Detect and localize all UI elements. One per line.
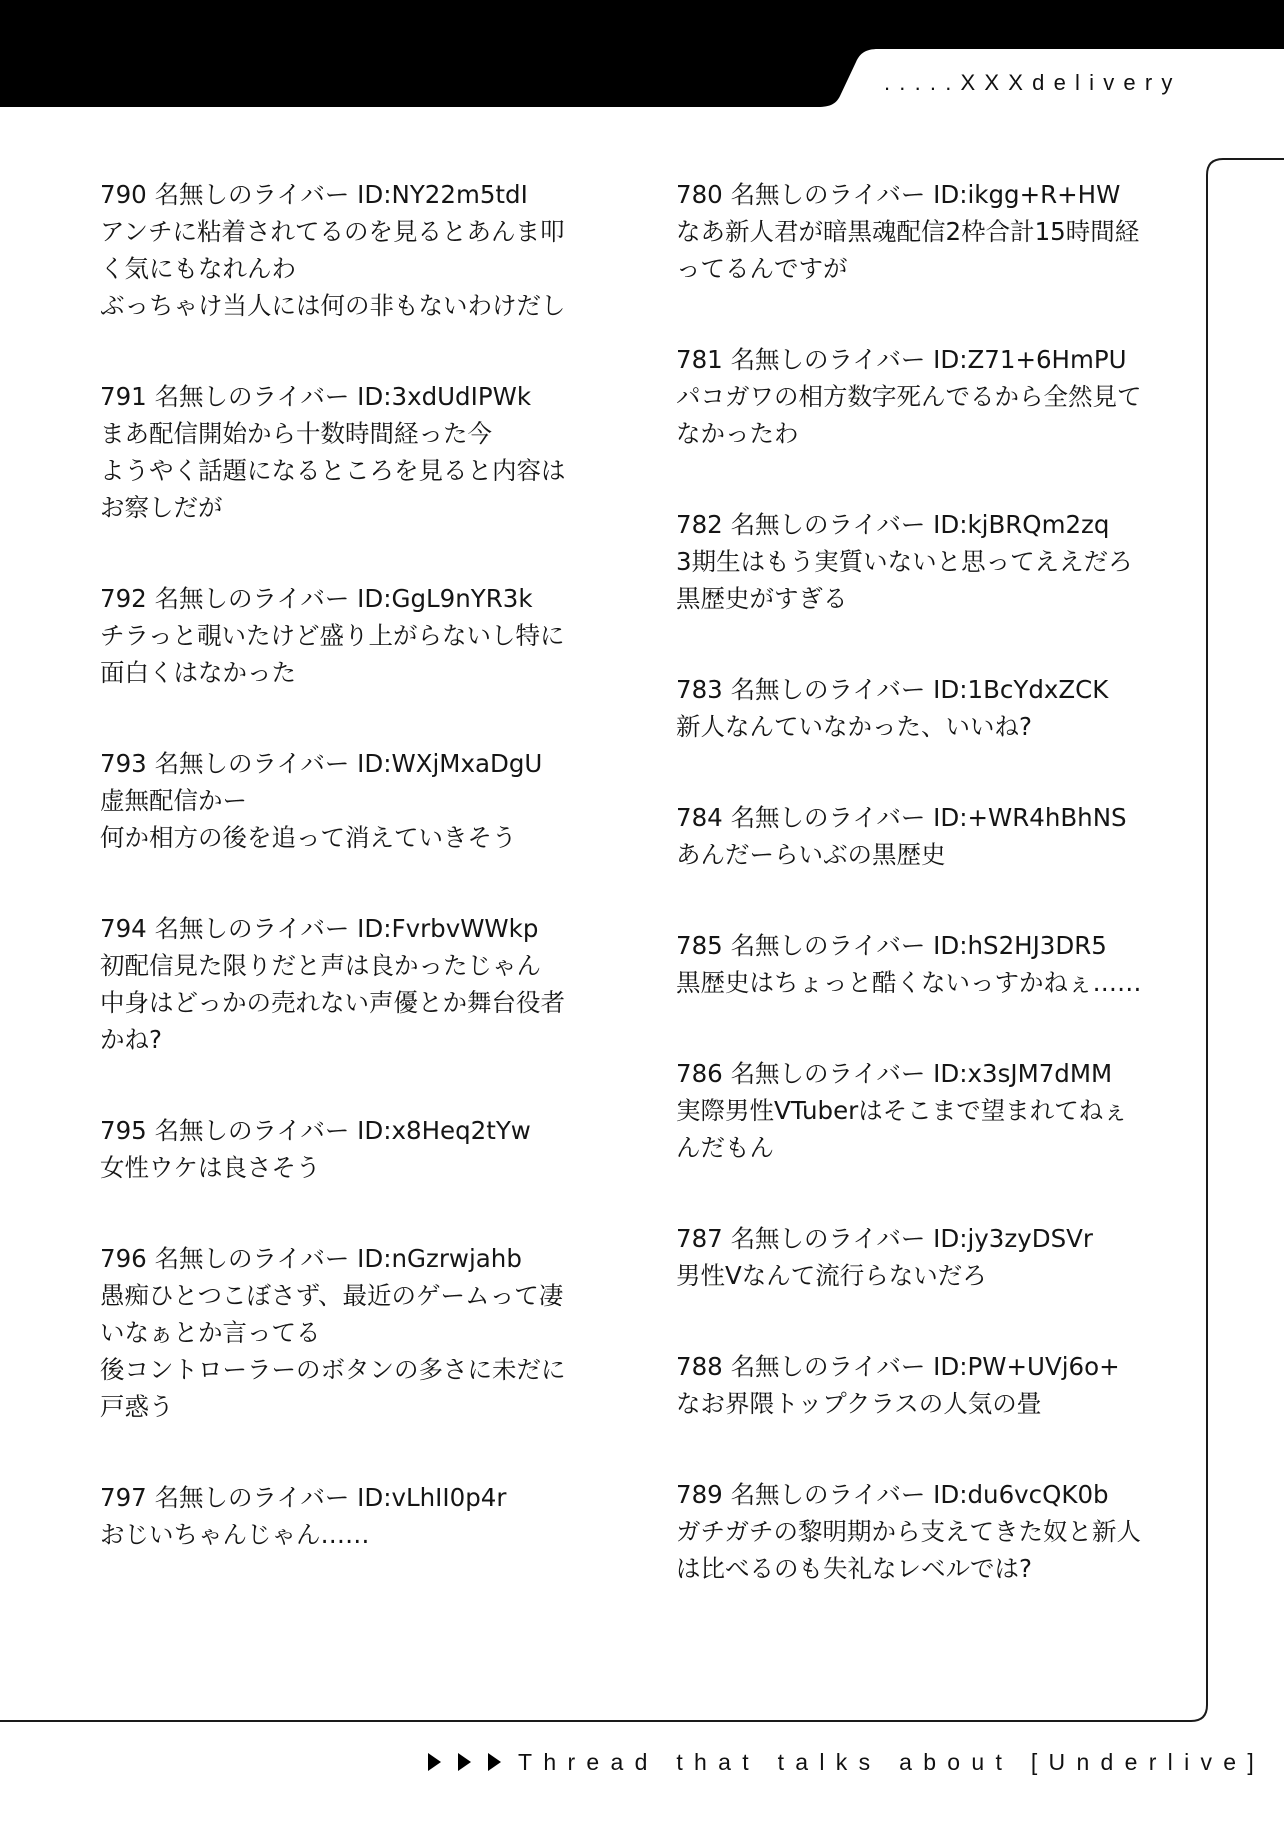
post-number: 793 bbox=[100, 749, 147, 778]
post-body-line: あんだーらいぶの黒歴史 bbox=[676, 836, 1176, 873]
post-header: 787 名無しのライバー ID:jy3zyDSVr bbox=[676, 1220, 1176, 1257]
post-number: 794 bbox=[100, 914, 147, 943]
post-body-line: 女性ウケは良さそう bbox=[100, 1149, 580, 1186]
post-number: 792 bbox=[100, 584, 147, 613]
post-body-line: まあ配信開始から十数時間経った今 bbox=[100, 415, 580, 452]
post-body-line: 実際男性VTuberはそこまで望まれてねぇ bbox=[676, 1092, 1176, 1129]
post-number: 789 bbox=[676, 1480, 723, 1509]
poster-id: ID:du6vcQK0b bbox=[933, 1480, 1108, 1509]
post-body-line: いなぁとか言ってる bbox=[100, 1314, 580, 1351]
post-number: 782 bbox=[676, 510, 723, 539]
post-header: 788 名無しのライバー ID:PW+UVj6o+ bbox=[676, 1348, 1176, 1385]
post-body-line: なかったわ bbox=[676, 415, 1176, 452]
poster-id: ID:3xdUdIPWk bbox=[357, 382, 531, 411]
play-arrow-icon bbox=[428, 1753, 441, 1771]
poster-id: ID:FvrbvWWkp bbox=[357, 914, 538, 943]
poster-id: ID:vLhII0p4r bbox=[357, 1483, 506, 1512]
poster-name: 名無しのライバー bbox=[731, 1059, 926, 1088]
poster-id: ID:Z71+6HmPU bbox=[933, 345, 1126, 374]
poster-id: ID:jy3zyDSVr bbox=[933, 1224, 1093, 1253]
post-header: 785 名無しのライバー ID:hS2HJ3DR5 bbox=[676, 927, 1176, 964]
post-number: 781 bbox=[676, 345, 723, 374]
poster-id: ID:WXjMxaDgU bbox=[357, 749, 542, 778]
post-number: 788 bbox=[676, 1352, 723, 1381]
post-number: 787 bbox=[676, 1224, 723, 1253]
poster-name: 名無しのライバー bbox=[155, 1116, 350, 1145]
post-body-line: 面白くはなかった bbox=[100, 654, 580, 691]
left-column: 790 名無しのライバー ID:NY22m5tdIアンチに粘着されてるのを見ると… bbox=[100, 176, 580, 1607]
post-body-line: 黒歴史がすぎる bbox=[676, 580, 1176, 617]
post-body-line: 愚痴ひとつこぼさず、最近のゲームって凄 bbox=[100, 1277, 580, 1314]
thread-post: 795 名無しのライバー ID:x8Heq2tYw女性ウケは良さそう bbox=[100, 1112, 580, 1186]
post-body-line: 初配信見た限りだと声は良かったじゃん bbox=[100, 947, 580, 984]
post-number: 783 bbox=[676, 675, 723, 704]
footer-title: Thread that talks about [Underlive] bbox=[518, 1749, 1265, 1776]
post-body-line: チラっと覗いたけど盛り上がらないし特に bbox=[100, 617, 580, 654]
poster-id: ID:kjBRQm2zq bbox=[933, 510, 1109, 539]
poster-name: 名無しのライバー bbox=[731, 510, 926, 539]
poster-id: ID:hS2HJ3DR5 bbox=[933, 931, 1107, 960]
post-number: 790 bbox=[100, 180, 147, 209]
poster-name: 名無しのライバー bbox=[731, 931, 926, 960]
post-header: 790 名無しのライバー ID:NY22m5tdI bbox=[100, 176, 580, 213]
poster-name: 名無しのライバー bbox=[731, 1480, 926, 1509]
post-body-line: かね? bbox=[100, 1021, 580, 1058]
thread-post: 784 名無しのライバー ID:+WR4hBhNSあんだーらいぶの黒歴史 bbox=[676, 799, 1176, 873]
post-number: 786 bbox=[676, 1059, 723, 1088]
play-arrow-icon bbox=[488, 1753, 501, 1771]
post-body-line: ってるんですが bbox=[676, 250, 1176, 287]
play-arrow-icon bbox=[458, 1753, 471, 1771]
thread-post: 794 名無しのライバー ID:FvrbvWWkp初配信見た限りだと声は良かった… bbox=[100, 910, 580, 1058]
post-body-line: ガチガチの黎明期から支えてきた奴と新人 bbox=[676, 1513, 1176, 1550]
post-body-line: は比べるのも失礼なレベルでは? bbox=[676, 1550, 1176, 1587]
poster-id: ID:GgL9nYR3k bbox=[357, 584, 532, 613]
poster-name: 名無しのライバー bbox=[731, 803, 926, 832]
thread-post: 785 名無しのライバー ID:hS2HJ3DR5黒歴史はちょっと酷くないっすか… bbox=[676, 927, 1176, 1001]
post-header: 783 名無しのライバー ID:1BcYdxZCK bbox=[676, 671, 1176, 708]
poster-name: 名無しのライバー bbox=[731, 1224, 926, 1253]
right-column: 780 名無しのライバー ID:ikgg+R+HWなあ新人君が暗黒魂配信2枠合計… bbox=[676, 176, 1176, 1641]
poster-name: 名無しのライバー bbox=[155, 584, 350, 613]
thread-post: 788 名無しのライバー ID:PW+UVj6o+なお界隈トップクラスの人気の畳 bbox=[676, 1348, 1176, 1422]
post-body-line: なお界隈トップクラスの人気の畳 bbox=[676, 1385, 1176, 1422]
poster-name: 名無しのライバー bbox=[155, 749, 350, 778]
post-number: 797 bbox=[100, 1483, 147, 1512]
thread-post: 782 名無しのライバー ID:kjBRQm2zq3期生はもう実質いないと思って… bbox=[676, 506, 1176, 617]
post-header: 780 名無しのライバー ID:ikgg+R+HW bbox=[676, 176, 1176, 213]
post-body-line: パコガワの相方数字死んでるから全然見て bbox=[676, 378, 1176, 415]
poster-id: ID:nGzrwjahb bbox=[357, 1244, 522, 1273]
poster-id: ID:+WR4hBhNS bbox=[933, 803, 1126, 832]
post-number: 795 bbox=[100, 1116, 147, 1145]
thread-post: 792 名無しのライバー ID:GgL9nYR3kチラっと覗いたけど盛り上がらな… bbox=[100, 580, 580, 691]
post-header: 793 名無しのライバー ID:WXjMxaDgU bbox=[100, 745, 580, 782]
post-number: 796 bbox=[100, 1244, 147, 1273]
post-body-line: お察しだが bbox=[100, 489, 580, 526]
post-body-line: ようやく話題になるところを見ると内容は bbox=[100, 452, 580, 489]
post-number: 784 bbox=[676, 803, 723, 832]
thread-post: 790 名無しのライバー ID:NY22m5tdIアンチに粘着されてるのを見ると… bbox=[100, 176, 580, 324]
post-body-line: 黒歴史はちょっと酷くないっすかねぇ…… bbox=[676, 964, 1176, 1001]
post-header: 782 名無しのライバー ID:kjBRQm2zq bbox=[676, 506, 1176, 543]
thread-post: 780 名無しのライバー ID:ikgg+R+HWなあ新人君が暗黒魂配信2枠合計… bbox=[676, 176, 1176, 287]
page-footer: Thread that talks about [Underlive] bbox=[428, 1748, 1265, 1776]
poster-name: 名無しのライバー bbox=[155, 382, 350, 411]
post-header: 786 名無しのライバー ID:x3sJM7dMM bbox=[676, 1055, 1176, 1092]
post-body-line: 中身はどっかの売れない声優とか舞台役者 bbox=[100, 984, 580, 1021]
thread-post: 797 名無しのライバー ID:vLhII0p4rおじいちゃんじゃん…… bbox=[100, 1479, 580, 1553]
post-header: 792 名無しのライバー ID:GgL9nYR3k bbox=[100, 580, 580, 617]
post-body-line: おじいちゃんじゃん…… bbox=[100, 1516, 580, 1553]
thread-post: 786 名無しのライバー ID:x3sJM7dMM実際男性VTuberはそこまで… bbox=[676, 1055, 1176, 1166]
thread-post: 789 名無しのライバー ID:du6vcQK0bガチガチの黎明期から支えてきた… bbox=[676, 1476, 1176, 1587]
poster-name: 名無しのライバー bbox=[155, 180, 350, 209]
poster-id: ID:x8Heq2tYw bbox=[357, 1116, 531, 1145]
poster-name: 名無しのライバー bbox=[155, 914, 350, 943]
page-header-title: .....XXXdelivery bbox=[884, 70, 1182, 96]
thread-post: 791 名無しのライバー ID:3xdUdIPWkまあ配信開始から十数時間経った… bbox=[100, 378, 580, 526]
thread-post: 793 名無しのライバー ID:WXjMxaDgU虚無配信かー何か相方の後を追っ… bbox=[100, 745, 580, 856]
thread-post: 783 名無しのライバー ID:1BcYdxZCK新人なんていなかった、いいね? bbox=[676, 671, 1176, 745]
poster-name: 名無しのライバー bbox=[731, 345, 926, 374]
post-body-line: 虚無配信かー bbox=[100, 782, 580, 819]
post-number: 780 bbox=[676, 180, 723, 209]
poster-id: ID:1BcYdxZCK bbox=[933, 675, 1108, 704]
thread-post: 787 名無しのライバー ID:jy3zyDSVr男性Vなんて流行らないだろ bbox=[676, 1220, 1176, 1294]
post-body-line: アンチに粘着されてるのを見るとあんま叩 bbox=[100, 213, 580, 250]
post-number: 785 bbox=[676, 931, 723, 960]
poster-id: ID:x3sJM7dMM bbox=[933, 1059, 1112, 1088]
poster-name: 名無しのライバー bbox=[731, 1352, 926, 1381]
post-header: 784 名無しのライバー ID:+WR4hBhNS bbox=[676, 799, 1176, 836]
post-body-line: 新人なんていなかった、いいね? bbox=[676, 708, 1176, 745]
post-body-line: 戸惑う bbox=[100, 1388, 580, 1425]
poster-id: ID:ikgg+R+HW bbox=[933, 180, 1120, 209]
post-body-line: く気にもなれんわ bbox=[100, 250, 580, 287]
poster-name: 名無しのライバー bbox=[731, 675, 926, 704]
poster-name: 名無しのライバー bbox=[731, 180, 926, 209]
post-header: 796 名無しのライバー ID:nGzrwjahb bbox=[100, 1240, 580, 1277]
poster-name: 名無しのライバー bbox=[155, 1483, 350, 1512]
post-body-line: ぶっちゃけ当人には何の非もないわけだし bbox=[100, 287, 580, 324]
poster-id: ID:PW+UVj6o+ bbox=[933, 1352, 1119, 1381]
post-header: 795 名無しのライバー ID:x8Heq2tYw bbox=[100, 1112, 580, 1149]
post-body-line: 何か相方の後を追って消えていきそう bbox=[100, 819, 580, 856]
post-header: 794 名無しのライバー ID:FvrbvWWkp bbox=[100, 910, 580, 947]
poster-id: ID:NY22m5tdI bbox=[357, 180, 528, 209]
post-header: 781 名無しのライバー ID:Z71+6HmPU bbox=[676, 341, 1176, 378]
post-body-line: なあ新人君が暗黒魂配信2枠合計15時間経 bbox=[676, 213, 1176, 250]
post-body-line: んだもん bbox=[676, 1129, 1176, 1166]
post-number: 791 bbox=[100, 382, 147, 411]
post-header: 789 名無しのライバー ID:du6vcQK0b bbox=[676, 1476, 1176, 1513]
thread-post: 781 名無しのライバー ID:Z71+6HmPUパコガワの相方数字死んでるから… bbox=[676, 341, 1176, 452]
post-header: 791 名無しのライバー ID:3xdUdIPWk bbox=[100, 378, 580, 415]
post-body-line: 3期生はもう実質いないと思ってええだろ bbox=[676, 543, 1176, 580]
post-header: 797 名無しのライバー ID:vLhII0p4r bbox=[100, 1479, 580, 1516]
poster-name: 名無しのライバー bbox=[155, 1244, 350, 1273]
thread-post: 796 名無しのライバー ID:nGzrwjahb愚痴ひとつこぼさず、最近のゲー… bbox=[100, 1240, 580, 1425]
post-body-line: 男性Vなんて流行らないだろ bbox=[676, 1257, 1176, 1294]
post-body-line: 後コントローラーのボタンの多さに未だに bbox=[100, 1351, 580, 1388]
